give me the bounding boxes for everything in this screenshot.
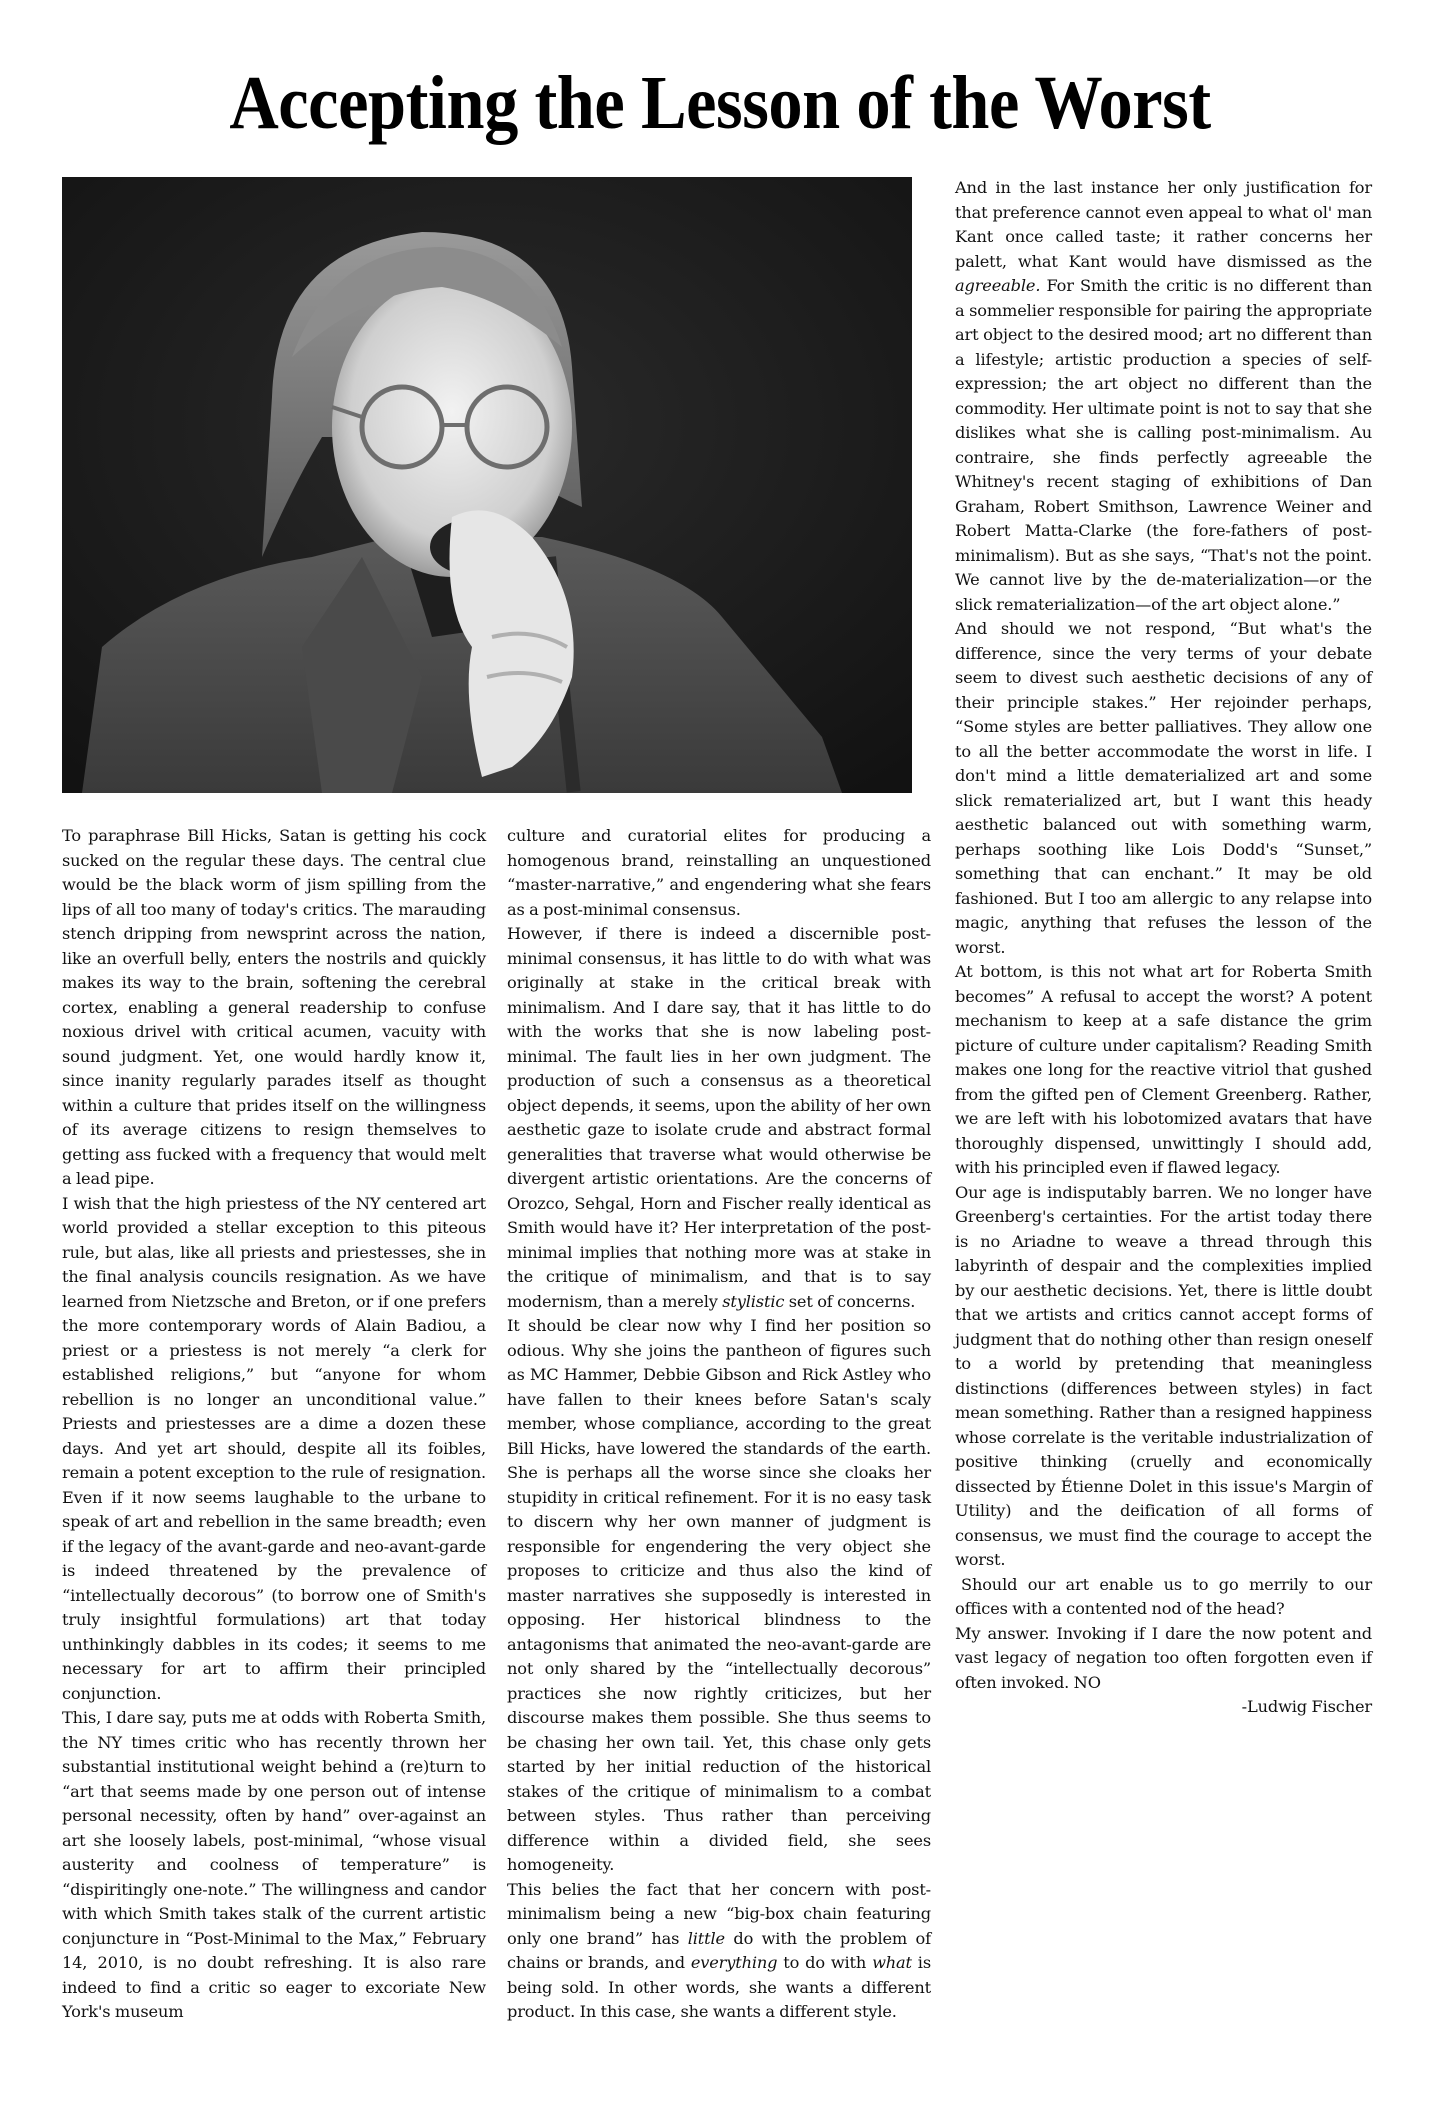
paragraph: And in the last instance her only justif… — [955, 176, 1372, 617]
paragraph: My answer. Invoking if I dare the now po… — [955, 1622, 1372, 1696]
paragraph-text: For Smith the critic is no different tha… — [955, 276, 1372, 614]
paragraph-text: to do with — [777, 1953, 872, 1972]
emphasis-text: what — [872, 1953, 912, 1972]
paragraph: Should our art enable us to go merrily t… — [955, 1573, 1372, 1622]
paragraph-text: set of concerns. — [784, 1292, 915, 1311]
emphasis-text: stylistic — [722, 1292, 784, 1311]
paragraph: To paraphrase Bill Hicks, Satan is getti… — [62, 824, 486, 1192]
author-signature: -Ludwig Fischer — [955, 1695, 1372, 1720]
article-photo — [62, 177, 912, 793]
paragraph: Our age is indisputably barren. We no lo… — [955, 1181, 1372, 1573]
paragraph: It should be clear now why I find her po… — [507, 1314, 931, 1878]
article-column-3: And in the last instance her only justif… — [955, 176, 1372, 1720]
paragraph: This, I dare say, puts me at odds with R… — [62, 1706, 486, 2025]
paragraph: At bottom, is this not what art for Robe… — [955, 960, 1372, 1181]
emphasis-text: agreeable. — [955, 276, 1040, 295]
emphasis-text: everything — [691, 1953, 778, 1972]
paragraph: However, if there is indeed a discernibl… — [507, 922, 931, 1314]
paragraph: I wish that the high priestess of the NY… — [62, 1192, 486, 1707]
paragraph-text: And in the last instance her only justif… — [955, 178, 1372, 271]
paragraph: And should we not respond, “But what's t… — [955, 617, 1372, 960]
article-title: Accepting the Lesson of the Worst — [72, 58, 1368, 148]
article-column-2: culture and curatorial elites for produc… — [507, 824, 931, 2025]
paragraph: This belies the fact that her concern wi… — [507, 1878, 931, 2025]
speaker-with-microphone-image — [62, 177, 912, 793]
paragraph: culture and curatorial elites for produc… — [507, 824, 931, 922]
paragraph-text: However, if there is indeed a discernibl… — [507, 924, 931, 1311]
emphasis-text: little — [688, 1929, 725, 1948]
article-column-1: To paraphrase Bill Hicks, Satan is getti… — [62, 824, 486, 2025]
